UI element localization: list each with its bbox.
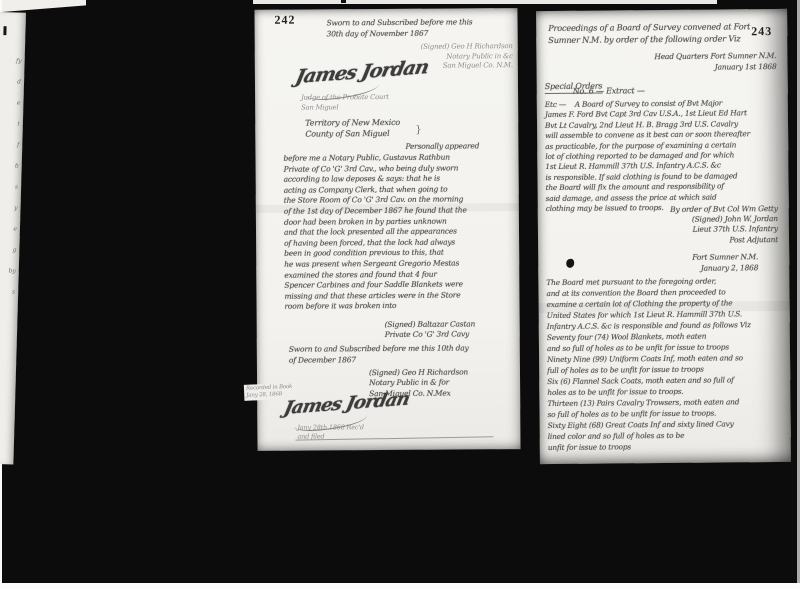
handwritten-line: unfit for issue to troops — [548, 440, 788, 453]
page-number-right: 243 — [751, 25, 772, 37]
handwriting-fragment: t — [0, 121, 23, 128]
sworn-statement-bottom: Sworn to and Subscribed before me this 1… — [289, 343, 469, 365]
page-right: 243 Proceedings of a Board of Survey con… — [536, 9, 791, 464]
handwritten-line: Sumner N.M. by order of the following or… — [548, 33, 750, 46]
order-body: Etc — A Board of Survey to consist of Bv… — [545, 98, 784, 215]
handwriting-fragment: b — [0, 163, 22, 170]
handwritten-line: Judge of the Probate Court — [301, 93, 389, 103]
signature-subtext: Judge of the Probate CourtSan Miguel — [301, 93, 389, 113]
proceedings-heading: Proceedings of a Board of Survey convene… — [548, 21, 750, 46]
handwriting-fragment: by — [0, 268, 19, 275]
page-number-left: 242 — [274, 14, 295, 26]
handwritten-line: Territory of New Mexico — [305, 118, 400, 129]
handwritten-line: Jany 28th 1868 Rec'd — [297, 423, 364, 432]
special-orders-number: No. 6 — Extract — — [573, 86, 645, 97]
handwritten-line: (Signed) Baltazar Castan — [385, 319, 476, 330]
handwriting-fragment: y — [0, 205, 21, 212]
handwritten-line: will assemble to convene as it best can … — [545, 129, 783, 141]
handwritten-line: Sworn to and Subscribed before me this — [327, 17, 473, 29]
deponent-signature-block: (Signed) Baltazar CastanPrivate Co 'G' 3… — [385, 319, 476, 340]
handwritten-line: County of San Miguel — [305, 129, 400, 140]
handwritten-line: (Signed) Geo H Richardson — [369, 367, 468, 378]
handwritten-line: Private Co 'G' 3rd Cavy — [385, 329, 476, 340]
page-left: 242 Sworn to and Subscribed before me th… — [254, 8, 520, 451]
venue-caption: Territory of New MexicoCounty of San Mig… — [305, 118, 400, 140]
handwriting-fragment: f — [0, 142, 22, 149]
proceedings-body: The Board met pursuant to the foregoing … — [546, 275, 788, 453]
handwriting-fragment: s — [0, 289, 18, 296]
handwriting-fragment: e — [0, 100, 24, 107]
microfilm-scan: fydetfbsyegbys 242 Sworn to and Subscrib… — [0, 0, 800, 589]
handwritten-line: 30th day of November 1867 — [327, 28, 473, 40]
handwritten-line: January 1st 1868 — [636, 62, 776, 74]
sliver-ink-mark — [3, 26, 6, 35]
handwriting-fragment: e — [0, 226, 20, 233]
film-frame-notch — [341, 0, 346, 3]
handwriting-fragment: s — [0, 184, 21, 191]
handwritten-line: San Miguel — [301, 103, 389, 113]
headquarters-dateline: Head Quarters Fort Sumner N.M.January 1s… — [636, 51, 776, 73]
handwritten-line: (Signed) Geo H Richardson — [405, 42, 513, 52]
handwritten-line: Head Quarters Fort Sumner N.M. — [636, 51, 776, 63]
deposition-body: before me a Notary Public, Gustavus Rath… — [283, 152, 516, 313]
venue-brace: } — [415, 126, 421, 136]
handwritten-line: Lieut 37th U.S. Infantry — [643, 224, 778, 235]
handwritten-line: Sworn to and Subscribed before me this 1… — [289, 343, 469, 355]
by-order-signature-block: By order of Bvt Col Wm Getty(Signed) Joh… — [643, 204, 778, 246]
handwritten-line: Notary Public in & for — [369, 378, 468, 389]
handwritten-line: of December 1867 — [289, 354, 469, 366]
ink-blot — [566, 259, 574, 268]
handwritten-line: room before it was broken into — [285, 300, 517, 312]
sworn-statement-top: Sworn to and Subscribed before me this30… — [327, 17, 473, 39]
handwritten-line: Personally appeared — [405, 141, 479, 152]
handwritten-line: January 2, 1868 — [648, 263, 758, 275]
handwriting-fragment: d — [0, 79, 24, 86]
handwriting-fragment: g — [0, 247, 19, 254]
handwriting-fragment: fy — [0, 58, 25, 65]
handwritten-line: Fort Sumner N.M. — [648, 252, 758, 264]
board-dateline: Fort Sumner N.M.January 2, 1868 — [648, 252, 758, 274]
handwritten-line: Post Adjutant — [643, 235, 778, 246]
handwritten-line: No. 6 — Extract — — [573, 86, 645, 97]
appeared-line: Personally appeared — [405, 141, 479, 152]
film-frame-top-edge — [253, 0, 717, 4]
